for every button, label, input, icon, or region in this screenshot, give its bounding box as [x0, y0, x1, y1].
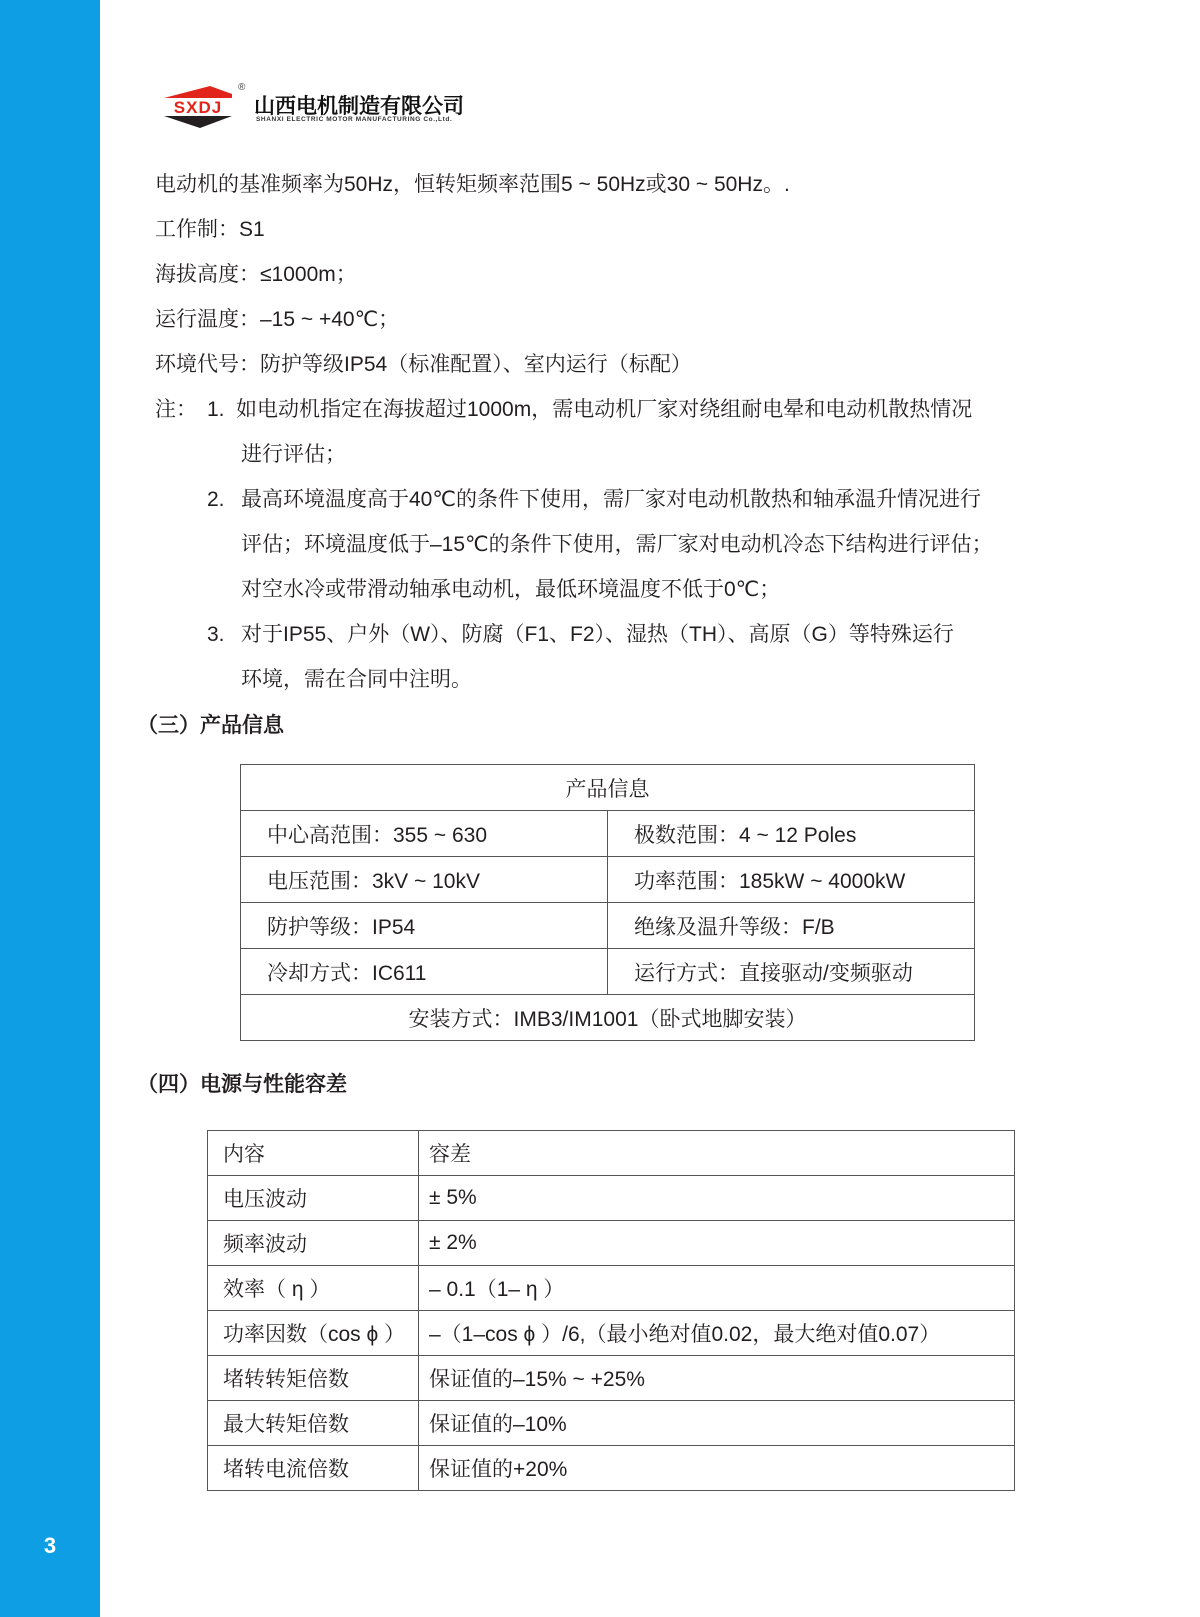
- table-row: 效率（ η ） – 0.1（1– η ）: [208, 1266, 1015, 1311]
- table-cell: ± 5%: [419, 1176, 1015, 1221]
- table-row: 冷却方式：IC611 运行方式：直接驱动/变频驱动: [241, 949, 975, 995]
- table-cell: 堵转转矩倍数: [208, 1356, 419, 1401]
- table-row: 电压波动 ± 5%: [208, 1176, 1015, 1221]
- intro-line-environment: 环境代号：防护等级IP54（标准配置）、室内运行（标配）: [155, 351, 692, 379]
- note-3-line-1: 对于IP55、户外（W）、防腐（F1、F2）、湿热（TH）、高原（G）等特殊运行: [241, 621, 954, 649]
- section-3-heading: （三）产品信息: [137, 709, 284, 739]
- note-3-number: 3.: [207, 621, 225, 649]
- table-title: 产品信息: [241, 765, 975, 811]
- table-cell: 电压波动: [208, 1176, 419, 1221]
- table-cell: 功率范围：185kW ~ 4000kW: [608, 857, 975, 903]
- table-cell: 防护等级：IP54: [241, 903, 608, 949]
- table-row: 最大转矩倍数 保证值的–10%: [208, 1401, 1015, 1446]
- table-row: 功率因数（cos ϕ ） –（1–cos ϕ ）/6,（最小绝对值0.02，最大…: [208, 1311, 1015, 1356]
- table-cell: 功率因数（cos ϕ ）: [208, 1311, 419, 1356]
- table-row: 电压范围：3kV ~ 10kV 功率范围：185kW ~ 4000kW: [241, 857, 975, 903]
- intro-line-frequency: 电动机的基准频率为50Hz，恒转矩频率范围5 ~ 50Hz或30 ~ 50Hz。…: [155, 171, 790, 199]
- table-cell: 效率（ η ）: [208, 1266, 419, 1311]
- table-cell: – 0.1（1– η ）: [419, 1266, 1015, 1311]
- header-cell: 容差: [419, 1131, 1015, 1176]
- note-2-number: 2.: [207, 486, 225, 514]
- intro-line-duty: 工作制：S1: [155, 216, 265, 244]
- registered-mark: ®: [238, 82, 245, 93]
- note-1-line-1: 如电动机指定在海拔超过1000m，需电动机厂家对绕组耐电晕和电动机散热情况: [236, 396, 972, 424]
- note-3-line-2: 环境，需在合同中注明。: [241, 666, 472, 694]
- table-row: 堵转转矩倍数 保证值的–15% ~ +25%: [208, 1356, 1015, 1401]
- tolerance-table: 内容 容差 电压波动 ± 5% 频率波动 ± 2% 效率（ η ） – 0.1（…: [207, 1130, 1015, 1491]
- table-cell: 运行方式：直接驱动/变频驱动: [608, 949, 975, 995]
- note-2-line-1: 最高环境温度高于40℃的条件下使用，需厂家对电动机散热和轴承温升情况进行: [241, 486, 981, 514]
- page-number: 3: [0, 1533, 100, 1559]
- table-cell: 保证值的+20%: [419, 1446, 1015, 1491]
- table-row: 频率波动 ± 2%: [208, 1221, 1015, 1266]
- note-1-number: 1.: [207, 396, 225, 424]
- table-cell: 极数范围：4 ~ 12 Poles: [608, 811, 975, 857]
- table-cell: 绝缘及温升等级：F/B: [608, 903, 975, 949]
- note-label: 注：: [155, 396, 197, 424]
- svg-text:SXDJ: SXDJ: [174, 98, 222, 117]
- table-cell: 中心高范围：355 ~ 630: [241, 811, 608, 857]
- product-info-table: 产品信息 中心高范围：355 ~ 630 极数范围：4 ~ 12 Poles 电…: [240, 764, 975, 1041]
- table-cell: –（1–cos ϕ ）/6,（最小绝对值0.02，最大绝对值0.07）: [419, 1311, 1015, 1356]
- table-cell: 保证值的–15% ~ +25%: [419, 1356, 1015, 1401]
- table-cell: 电压范围：3kV ~ 10kV: [241, 857, 608, 903]
- table-cell: 频率波动: [208, 1221, 419, 1266]
- sxdj-logo-icon: SXDJ: [160, 84, 236, 130]
- table-cell-mounting: 安装方式：IMB3/IM1001（卧式地脚安装）: [241, 995, 975, 1041]
- table-cell: 最大转矩倍数: [208, 1401, 419, 1446]
- note-2-line-3: 对空水冷或带滑动轴承电动机，最低环境温度不低于0℃；: [241, 576, 780, 604]
- note-2-line-2: 评估；环境温度低于–15℃的条件下使用，需厂家对电动机冷态下结构进行评估；: [241, 531, 993, 559]
- company-name-en: SHANXI ELECTRIC MOTOR MANUFACTURING Co.,…: [256, 116, 452, 123]
- note-1-line-2: 进行评估；: [241, 441, 346, 469]
- sidebar-accent-bar: [0, 0, 100, 1617]
- intro-line-altitude: 海拔高度：≤1000m；: [155, 261, 357, 289]
- table-cell: 堵转电流倍数: [208, 1446, 419, 1491]
- section-4-heading: （四）电源与性能容差: [137, 1068, 347, 1098]
- table-header-row: 产品信息: [241, 765, 975, 811]
- table-row: 堵转电流倍数 保证值的+20%: [208, 1446, 1015, 1491]
- table-header-row: 内容 容差: [208, 1131, 1015, 1176]
- table-footer-row: 安装方式：IMB3/IM1001（卧式地脚安装）: [241, 995, 975, 1041]
- table-cell: 保证值的–10%: [419, 1401, 1015, 1446]
- table-row: 中心高范围：355 ~ 630 极数范围：4 ~ 12 Poles: [241, 811, 975, 857]
- intro-line-temperature: 运行温度：–15 ~ +40℃；: [155, 306, 399, 334]
- table-row: 防护等级：IP54 绝缘及温升等级：F/B: [241, 903, 975, 949]
- header-cell: 内容: [208, 1131, 419, 1176]
- table-cell: ± 2%: [419, 1221, 1015, 1266]
- table-cell: 冷却方式：IC611: [241, 949, 608, 995]
